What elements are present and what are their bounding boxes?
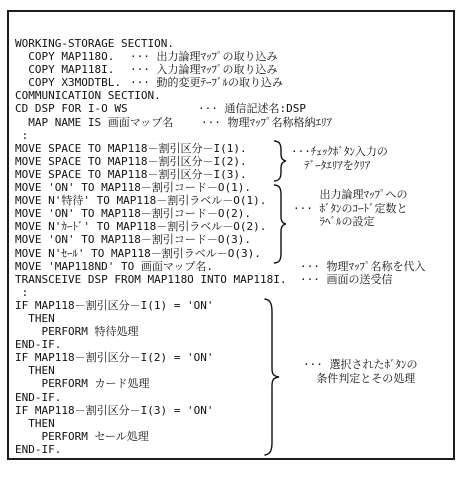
code-line: THEN: [15, 417, 451, 430]
code-text: COMMUNICATION SECTION.: [15, 89, 161, 102]
code-text: MAP NAME IS 画面マップ名: [15, 116, 173, 129]
code-line: MAP NAME IS 画面マップ名··· 物理ﾏｯﾌﾟ名称格納ｴﾘｱ: [15, 116, 451, 129]
code-text: IF MAP118－割引区分－I(1) = 'ON': [15, 299, 213, 312]
code-line: PERFORM セール処理: [15, 430, 451, 443]
code-text: WORKING-STORAGE SECTION.: [15, 37, 174, 50]
code-line: COPY MAP118I.··· 入力論理ﾏｯﾌﾟの取り込み: [15, 63, 451, 76]
code-line: MOVE N'ｾｰﾙ' TO MAP118－割引ラベル－O(3).: [15, 247, 451, 260]
inline-comment: ··· 入力論理ﾏｯﾌﾟの取り込み: [130, 63, 278, 76]
code-line: IF MAP118－割引区分－I(1) = 'ON': [15, 299, 451, 312]
inline-comment: ··· 物理ﾏｯﾌﾟ名称を代入: [300, 260, 426, 273]
code-line: PERFORM 特待処理: [15, 325, 451, 338]
code-text: COPY MAP118I.: [15, 63, 114, 76]
code-line: MOVE 'ON' TO MAP118－割引コード－O(3).: [15, 233, 451, 246]
inline-comment: ··· 物理ﾏｯﾌﾟ名称格納ｴﾘｱ: [201, 116, 332, 129]
code-line: COPY X3MODTBL.··· 動的変更ﾃｰﾌﾞﾙの取り込み: [15, 76, 451, 89]
inline-comment: ··· 画面の送受信: [300, 273, 393, 286]
code-text: MOVE N'ｾｰﾙ' TO MAP118－割引ラベル－O(3).: [15, 247, 261, 260]
code-text: COPY MAP118O.: [15, 50, 114, 63]
code-text: END-IF.: [15, 338, 61, 351]
annotation-group-clear: ···ﾁｪｯｸﾎﾞﾀﾝ入力の ﾃﾞｰﾀｴﾘｱをｸﾘｱ: [291, 145, 388, 172]
code-text: THEN: [15, 417, 55, 430]
code-text: COPY X3MODTBL.: [15, 76, 121, 89]
code-line: COMMUNICATION SECTION.: [15, 89, 451, 102]
annotation-line: ﾃﾞｰﾀｴﾘｱをｸﾘｱ: [291, 159, 388, 173]
code-text: MOVE N'ｶｰﾄﾞ' TO MAP118－割引ラベル－O(2).: [15, 220, 266, 233]
code-listing: WORKING-STORAGE SECTION. COPY MAP118O.··…: [15, 37, 451, 456]
annotation-line: ··· 選択されたﾎﾞﾀﾝの: [303, 358, 418, 372]
annotation-line: 出力論理ﾏｯﾌﾟへの: [293, 188, 408, 202]
code-text: THEN: [15, 312, 55, 325]
code-line: TRANSCEIVE DSP FROM MAP118O INTO MAP118I…: [15, 273, 451, 286]
code-line: WORKING-STORAGE SECTION.: [15, 37, 451, 50]
code-line: CD DSP FOR I-O WS··· 通信記述名:DSP: [15, 102, 451, 115]
code-text: MOVE 'MAP118ND' TO 画面マップ名.: [15, 260, 213, 273]
code-text: MOVE 'ON' TO MAP118－割引コード－O(2).: [15, 207, 251, 220]
code-text: IF MAP118－割引区分－I(2) = 'ON': [15, 351, 213, 364]
code-text: MOVE SPACE TO MAP118－割引区分－I(1).: [15, 142, 247, 155]
code-text: THEN: [15, 364, 55, 377]
code-line: MOVE 'MAP118ND' TO 画面マップ名.··· 物理ﾏｯﾌﾟ名称を代…: [15, 260, 451, 273]
code-text: PERFORM 特待処理: [15, 325, 138, 338]
code-line: IF MAP118－割引区分－I(3) = 'ON': [15, 404, 451, 417]
inline-comment: ··· 通信記述名:DSP: [198, 102, 306, 115]
code-text: PERFORM カード処理: [15, 377, 149, 390]
code-line: :: [15, 286, 451, 299]
code-line: COPY MAP118O.··· 出力論理ﾏｯﾌﾟの取り込み: [15, 50, 451, 63]
code-text: MOVE SPACE TO MAP118－割引区分－I(2).: [15, 155, 247, 168]
code-text: MOVE 'ON' TO MAP118－割引コード－O(1).: [15, 181, 251, 194]
code-text: END-IF.: [15, 391, 61, 404]
code-line: END-IF.: [15, 338, 451, 351]
code-line: END-IF.: [15, 443, 451, 456]
code-text: PERFORM セール処理: [15, 430, 149, 443]
code-text: IF MAP118－割引区分－I(3) = 'ON': [15, 404, 213, 417]
code-text: MOVE 'ON' TO MAP118－割引コード－O(3).: [15, 233, 251, 246]
code-text: :: [15, 286, 28, 299]
annotation-group-output-map: 出力論理ﾏｯﾌﾟへの··· ﾎﾞﾀﾝのｺｰﾄﾞ定数と ﾗﾍﾞﾙの設定: [293, 188, 408, 229]
annotation-line: ··· ﾎﾞﾀﾝのｺｰﾄﾞ定数と: [293, 202, 408, 216]
code-text: TRANSCEIVE DSP FROM MAP118O INTO MAP118I…: [15, 273, 287, 286]
code-line: THEN: [15, 312, 451, 325]
inline-comment: ··· 動的変更ﾃｰﾌﾞﾙの取り込み: [130, 76, 283, 89]
inline-comment: ··· 出力論理ﾏｯﾌﾟの取り込み: [130, 50, 278, 63]
code-line: END-IF.: [15, 391, 451, 404]
code-text: MOVE SPACE TO MAP118－割引区分－I(3).: [15, 168, 247, 181]
annotation-line: 条件判定とその処理: [303, 372, 418, 386]
code-frame: WORKING-STORAGE SECTION. COPY MAP118O.··…: [7, 10, 455, 460]
annotation-line: ···ﾁｪｯｸﾎﾞﾀﾝ入力の: [291, 145, 388, 159]
code-text: CD DSP FOR I-O WS: [15, 102, 128, 115]
code-text: END-IF.: [15, 443, 61, 456]
code-text: MOVE N'特待' TO MAP118－割引ラベル－O(1).: [15, 194, 266, 207]
document-page: WORKING-STORAGE SECTION. COPY MAP118O.··…: [0, 0, 464, 494]
code-text: :: [15, 129, 28, 142]
annotation-line: ﾗﾍﾞﾙの設定: [293, 215, 408, 229]
code-line: :: [15, 129, 451, 142]
annotation-group-selection: ··· 選択されたﾎﾞﾀﾝの 条件判定とその処理: [303, 358, 418, 385]
